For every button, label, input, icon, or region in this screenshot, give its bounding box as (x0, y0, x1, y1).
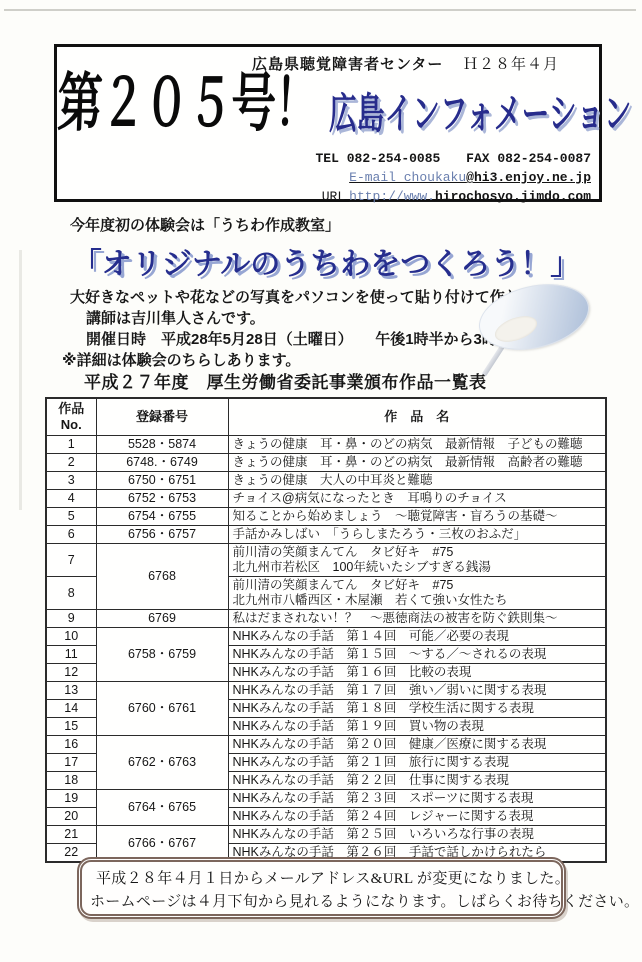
work-no: 15 (46, 718, 96, 736)
table-row: 16 6762・6763 NHKみんなの手話 第２０回 健康／医療に関する表現 (46, 736, 606, 754)
registration-number: 6768 (96, 544, 228, 610)
work-title: 手話かみしばい 「うらしまたろう・三枚のおふだ」 (228, 526, 606, 544)
work-no: 8 (46, 577, 96, 610)
scan-artifact-top-line (4, 9, 636, 11)
work-title: きょうの健康 大人の中耳炎と難聴 (228, 472, 606, 490)
work-no: 1 (46, 436, 96, 454)
fax-label: FAX (466, 151, 489, 166)
masthead-box: 広島県聴覚障害者センター Ｈ２８年４月 第２０５号！ 広島インフォメーション T… (54, 44, 602, 202)
table-row: 7 6768 前川清の笑顔まんてん タビ好キ #75 北九州市若松区 100年続… (46, 544, 606, 577)
work-title: NHKみんなの手話 第２４回 レジャーに関する表現 (228, 808, 606, 826)
issue-number: 第２０５号！ (56, 63, 319, 143)
work-title: NHKみんなの手話 第２２回 仕事に関する表現 (228, 772, 606, 790)
issue-date: Ｈ２８年４月 (463, 53, 559, 74)
fax-number: 082-254-0087 (497, 151, 591, 166)
work-no: 5 (46, 508, 96, 526)
table-row: 3 6750・6751 きょうの健康 大人の中耳炎と難聴 (46, 472, 606, 490)
work-title: NHKみんなの手話 第１７回 強い／弱いに関する表現 (228, 682, 606, 700)
change-notice-box: 平成２８年４月１日からメールアドレス&URL が変更になりました。 ホームページ… (77, 857, 566, 919)
tel-label: TEL (316, 151, 339, 166)
email-prefix: E-mail choukaku (349, 170, 466, 185)
work-title-line: 北九州市若松区 100年続いたシブすぎる銭湯 (233, 560, 602, 575)
work-no: 13 (46, 682, 96, 700)
table-row: 19 6764・6765 NHKみんなの手話 第２３回 スポーツに関する表現 (46, 790, 606, 808)
work-title: NHKみんなの手話 第２１回 旅行に関する表現 (228, 754, 606, 772)
column-header-reg: 登録番号 (96, 398, 228, 436)
registration-number: 6760・6761 (96, 682, 228, 736)
work-no: 17 (46, 754, 96, 772)
work-title: 前川清の笑顔まんてん タビ好キ #75 北九州市八幡西区・木屋瀬 若くて強い女性… (228, 577, 606, 610)
notice-line-2: ホームページは４月下旬から見れるようになります。しばらくお待ちください。 (90, 891, 551, 914)
work-title: NHKみんなの手話 第１９回 買い物の表現 (228, 718, 606, 736)
work-no: 20 (46, 808, 96, 826)
work-title: NHKみんなの手話 第１６回 比較の表現 (228, 664, 606, 682)
work-title: きょうの健康 耳・鼻・のどの病気 最新情報 子どもの難聴 (228, 436, 606, 454)
work-no: 19 (46, 790, 96, 808)
registration-number: 6764・6765 (96, 790, 228, 826)
registration-number: 6748.・6749 (96, 454, 228, 472)
fan-face (472, 274, 595, 360)
table-row: 6 6756・6757 手話かみしばい 「うらしまたろう・三枚のおふだ」 (46, 526, 606, 544)
event-intro-line: 今年度初の体験会は「うちわ作成教室」 (70, 214, 340, 235)
work-no: 6 (46, 526, 96, 544)
table-row: 13 6760・6761 NHKみんなの手話 第１７回 強い／弱いに関する表現 (46, 682, 606, 700)
works-table: 作品No. 登録番号 作 品 名 1 5528・5874 きょうの健康 耳・鼻・… (45, 397, 607, 863)
table-row: 2 6748.・6749 きょうの健康 耳・鼻・のどの病気 最新情報 高齢者の難… (46, 454, 606, 472)
work-title: NHKみんなの手話 第１８回 学校生活に関する表現 (228, 700, 606, 718)
registration-number: 6756・6757 (96, 526, 228, 544)
work-title: NHKみんなの手話 第２５回 いろいろな行事の表現 (228, 826, 606, 844)
notice-line-1: 平成２８年４月１日からメールアドレス&URL が変更になりました。 (96, 868, 551, 891)
work-no: 18 (46, 772, 96, 790)
work-title: NHKみんなの手話 第２０回 健康／医療に関する表現 (228, 736, 606, 754)
work-title: チョイス@病気になったとき 耳鳴りのチョイス (228, 490, 606, 508)
table-row: 1 5528・5874 きょうの健康 耳・鼻・のどの病気 最新情報 子どもの難聴 (46, 436, 606, 454)
table-row: 21 6766・6767 NHKみんなの手話 第２５回 いろいろな行事の表現 (46, 826, 606, 844)
work-title-line: 北九州市八幡西区・木屋瀬 若くて強い女性たち (233, 593, 602, 608)
registration-number: 6752・6753 (96, 490, 228, 508)
registration-number: 5528・5874 (96, 436, 228, 454)
email-domain: @hi3.enjoy.ne.jp (466, 170, 591, 185)
work-title: きょうの健康 耳・鼻・のどの病気 最新情報 高齢者の難聴 (228, 454, 606, 472)
work-no: 12 (46, 664, 96, 682)
work-no: 9 (46, 610, 96, 628)
registration-number: 6762・6763 (96, 736, 228, 790)
table-row: 5 6754・6755 知ることから始めましょう ～聴覚障害・盲ろうの基礎～ (46, 508, 606, 526)
email-link[interactable]: E-mail choukaku@hi3.enjoy.ne.jp (316, 168, 592, 187)
registration-number: 6750・6751 (96, 472, 228, 490)
work-no: 14 (46, 700, 96, 718)
table-row: 10 6758・6759 NHKみんなの手話 第１４回 可能／必要の表現 (46, 628, 606, 646)
registration-number: 6754・6755 (96, 508, 228, 526)
work-title: NHKみんなの手話 第２３回 スポーツに関する表現 (228, 790, 606, 808)
scan-artifact-left-smear (19, 250, 22, 510)
tel-number: 082-254-0085 (347, 151, 441, 166)
uchiwa-fan-image (468, 272, 603, 390)
registration-number: 6769 (96, 610, 228, 628)
work-no: 2 (46, 454, 96, 472)
work-title: 前川清の笑顔まんてん タビ好キ #75 北九州市若松区 100年続いたシブすぎる… (228, 544, 606, 577)
column-header-title: 作 品 名 (228, 398, 606, 436)
work-title: 知ることから始めましょう ～聴覚障害・盲ろうの基礎～ (228, 508, 606, 526)
url-scheme: http://www. (349, 189, 435, 204)
work-no: 7 (46, 544, 96, 577)
column-header-no: 作品No. (46, 398, 96, 436)
work-title-line: 前川清の笑顔まんてん タビ好キ #75 (233, 545, 602, 560)
newsletter-title: 広島インフォメーション (329, 91, 631, 137)
url-host: hirochosyo.jimdo.com (435, 189, 591, 204)
work-title: NHKみんなの手話 第１４回 可能／必要の表現 (228, 628, 606, 646)
work-no: 3 (46, 472, 96, 490)
registration-number: 6758・6759 (96, 628, 228, 682)
work-title: 私はだまされない！？ ～悪徳商法の被害を防ぐ鉄則集～ (228, 610, 606, 628)
work-no: 21 (46, 826, 96, 844)
table-header-row: 作品No. 登録番号 作 品 名 (46, 398, 606, 436)
url-label: URL (322, 189, 345, 204)
works-table-heading: 平成２７年度 厚生労働省委託事業頒布作品一覧表 (84, 368, 487, 393)
table-row: 9 6769 私はだまされない！？ ～悪徳商法の被害を防ぐ鉄則集～ (46, 610, 606, 628)
table-row: 4 6752・6753 チョイス@病気になったとき 耳鳴りのチョイス (46, 490, 606, 508)
work-no: 11 (46, 646, 96, 664)
work-no: 4 (46, 490, 96, 508)
work-title-line: 前川清の笑顔まんてん タビ好キ #75 (233, 578, 602, 593)
contact-block: TEL 082-254-0085 FAX 082-254-0087 E-mail… (316, 149, 592, 206)
work-no: 10 (46, 628, 96, 646)
work-no: 16 (46, 736, 96, 754)
work-title: NHKみんなの手話 第１５回 ～する／～されるの表現 (228, 646, 606, 664)
url-link[interactable]: http://www.hirochosyo.jimdo.com (349, 189, 591, 204)
